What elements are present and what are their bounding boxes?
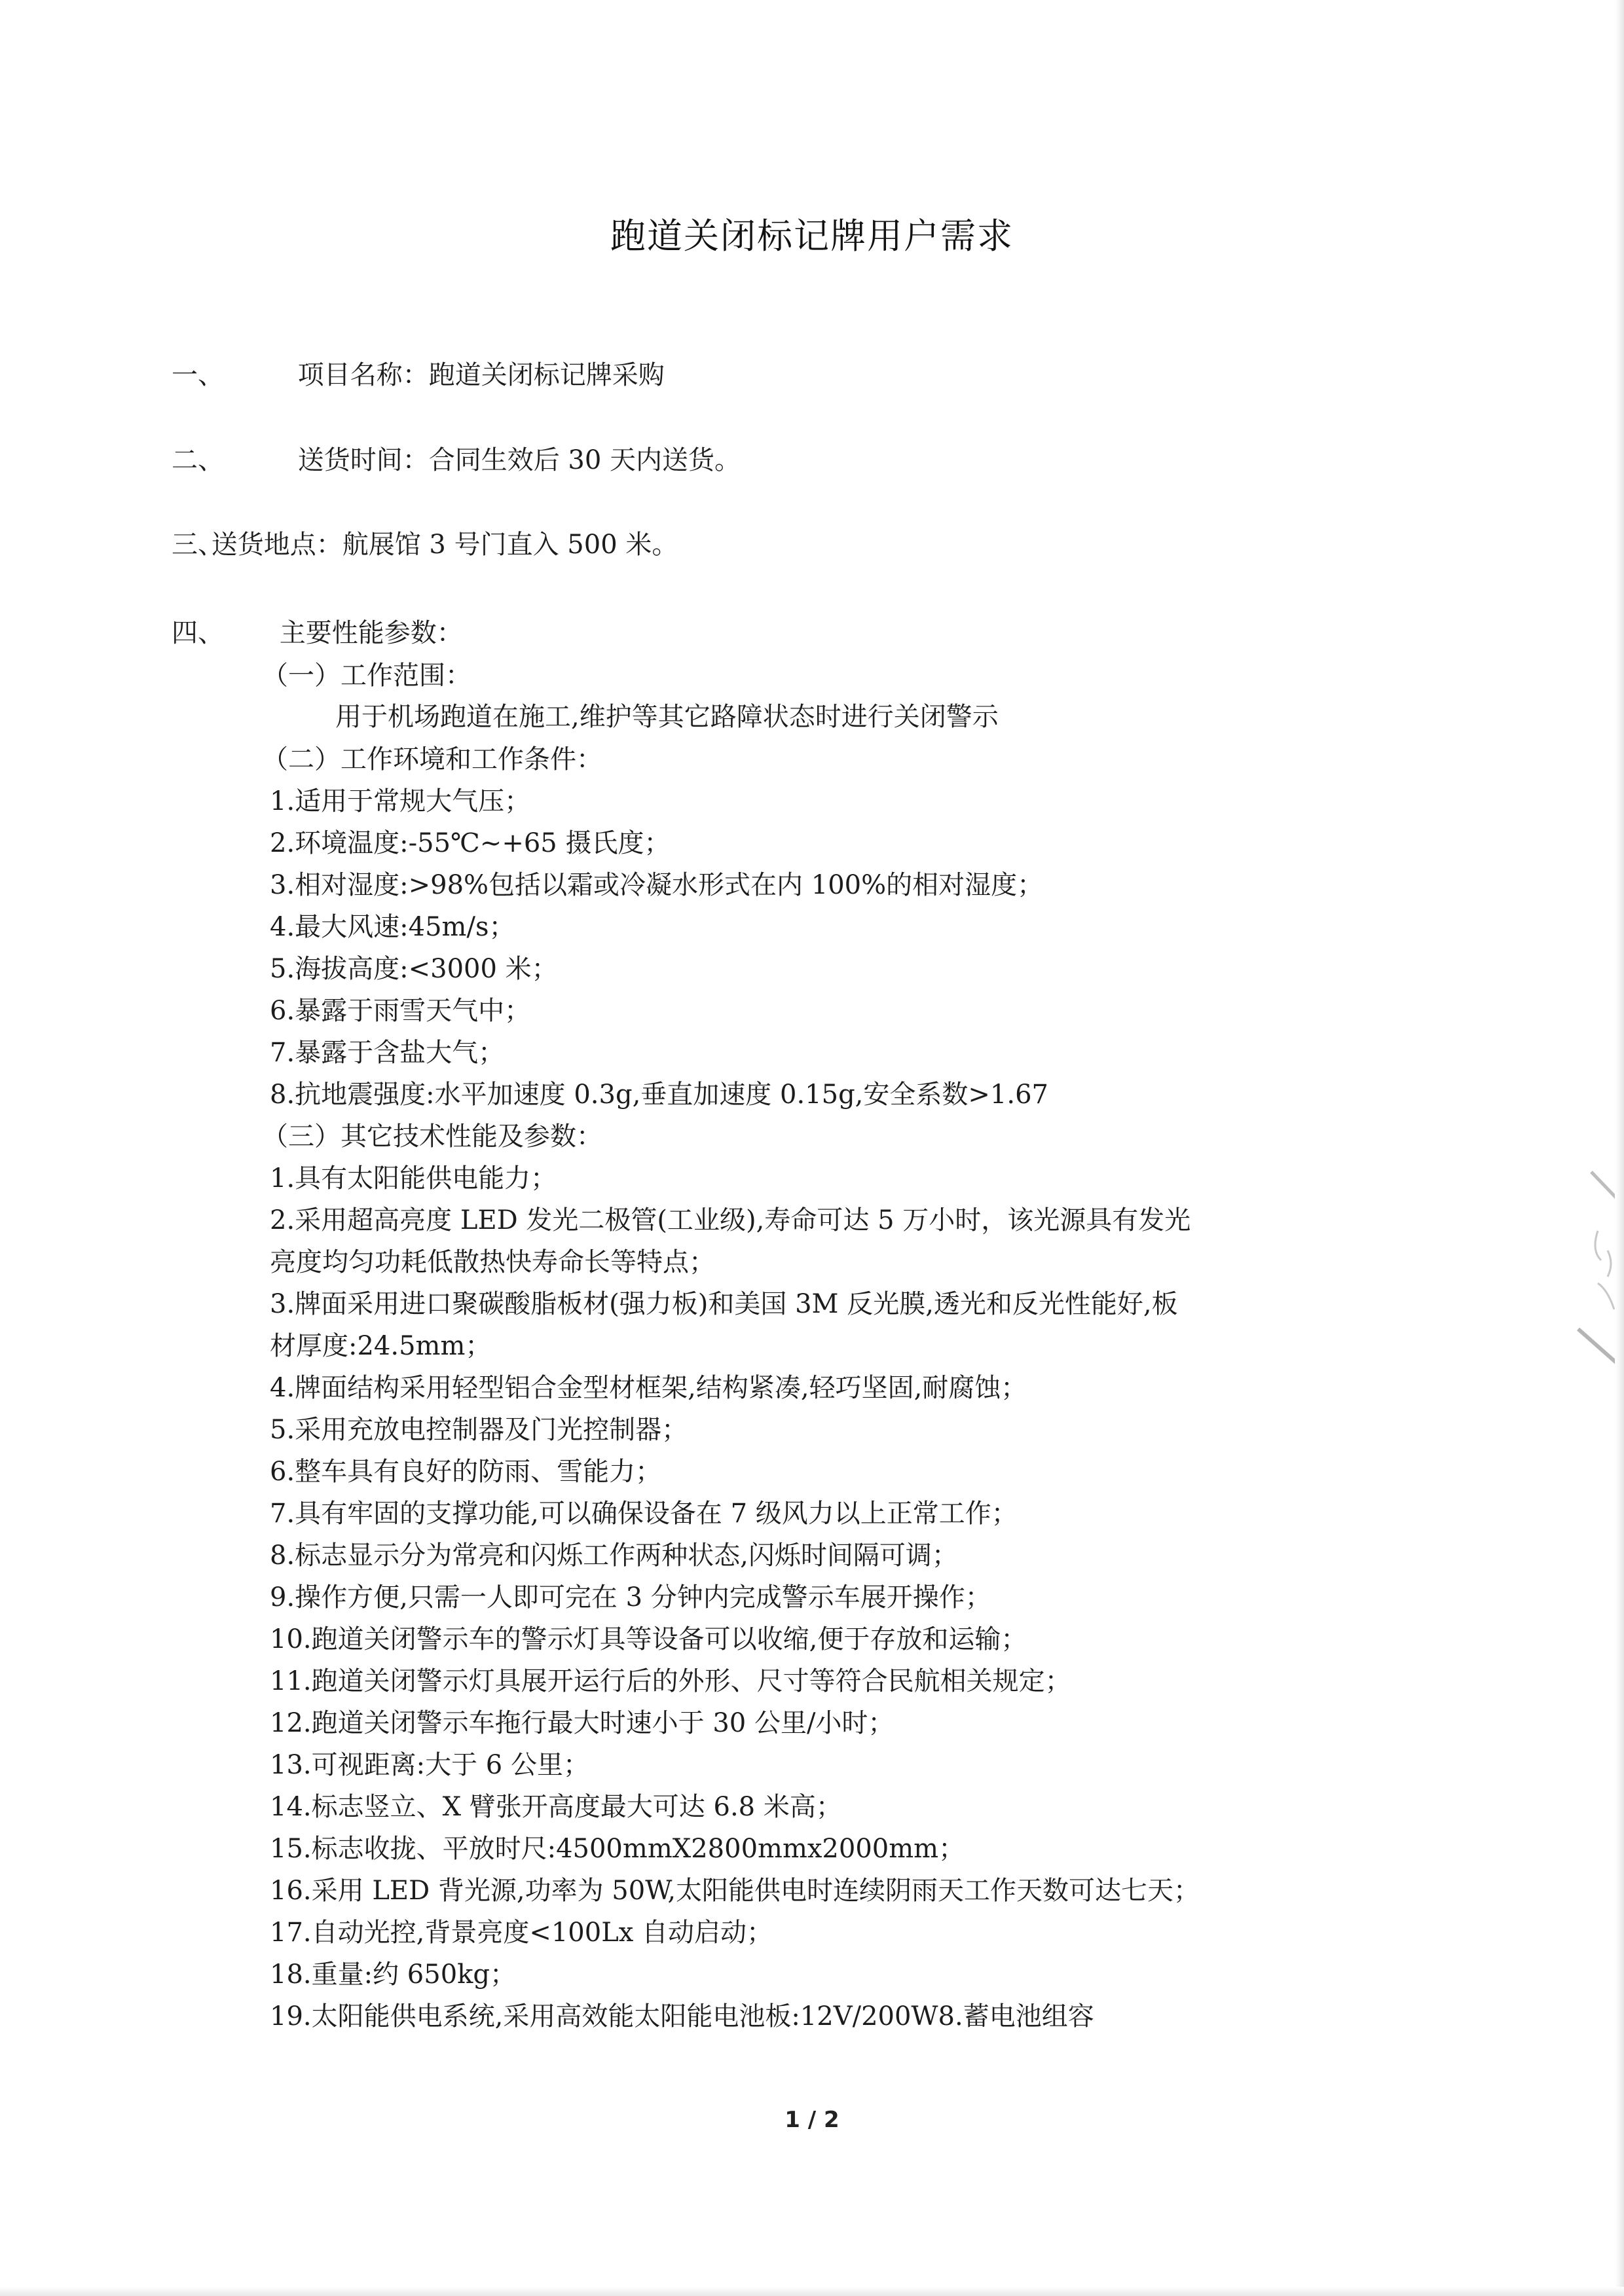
env-item-1: 1.适用于常规大气压； [270,788,530,814]
subsection-1-text: 用于机场跑道在施工,维护等其它路障状态时进行关闭警示 [335,704,999,730]
tech-line: 9.操作方便,只需一人即可完在 3 分钟内完成警示车展开操作； [270,1584,991,1611]
env-item-5: 5.海拔高度:<3000 米； [270,956,558,982]
document-page: 跑道关闭标记牌用户需求 一、 项目名称：跑道关闭标记牌采购 二、 送货时间：合同… [0,0,1624,2296]
env-item-8: 8.抗地震强度:水平加速度 0.3g,垂直加速度 0.15g,安全系数>1.67 [270,1082,1048,1108]
section-label: 项目名称：跑道关闭标记牌采购 [298,360,665,390]
tech-line: 6.整车具有良好的防雨、雪能力； [270,1459,661,1485]
tech-line: 8.标志显示分为常亮和闪烁工作两种状态,闪烁时间隔可调； [270,1542,958,1569]
env-item-2: 2.环境温度:-55℃~+65 摄氏度； [270,830,670,856]
subsection-2-heading: （二）工作环境和工作条件： [262,746,602,773]
scan-edge-right [1615,0,1624,2296]
env-item-4: 4.最大风速:45m/s； [270,914,515,940]
tech-line: 3.牌面采用进口聚碳酸脂板材(强力板)和美国 3M 反光膜,透光和反光性能好,板 [270,1291,1178,1317]
tech-line: 15.标志收拢、平放时尺:4500mmX2800mmx2000mm； [270,1836,965,1862]
section-label: 送货地点：航展馆 3 号门直入 500 米。 [212,530,678,560]
tech-line: 19.太阳能供电系统,采用高效能太阳能电池板:12V/200W8.蓄电池组容 [270,2003,1094,2030]
tech-line: 12.跑道关闭警示车拖行最大时速小于 30 公里/小时； [270,1710,894,1736]
tech-line: 4.牌面结构采用轻型铝合金型材框架,结构紧凑,轻巧坚固,耐腐蚀； [270,1375,1027,1401]
env-item-7: 7.暴露于含盐大气； [270,1040,504,1066]
env-item-6: 6.暴露于雨雪天气中； [270,998,530,1024]
section-number: 三、 [172,532,203,558]
env-item-3: 3.相对湿度:>98%包括以霜或冷凝水形式在内 100%的相对湿度； [270,872,1043,898]
tech-line: 亮度均匀功耗低散热快寿命长等特点； [270,1249,715,1275]
tech-line: 18.重量:约 650kg； [270,1961,516,1988]
tech-line: 10.跑道关闭警示车的警示灯具等设备可以收缩,便于存放和运输； [270,1626,1027,1652]
section-number: 四、 [172,620,271,646]
tech-line: 16.采用 LED 背光源,功率为 50W,太阳能供电时连续阴雨天工作天数可达七… [270,1878,1200,1904]
subsection-1-heading: （一）工作范围： [262,663,471,689]
tech-line: 材厚度:24.5mm； [270,1333,491,1359]
scan-edge-bottom [0,2287,1624,2296]
section-number: 二、 [172,447,289,473]
section-4: 四、 主要性能参数： [172,620,463,646]
tech-line: 5.采用充放电控制器及门光控制器； [270,1417,688,1443]
document-title: 跑道关闭标记牌用户需求 [0,208,1624,259]
section-label: 主要性能参数： [280,618,463,648]
tech-line: 2.采用超高亮度 LED 发光二极管(工业级),寿命可达 5 万小时，该光源具有… [270,1207,1190,1233]
tech-line: 14.标志竖立、X 臂张开高度最大可达 6.8 米高； [270,1794,842,1820]
section-label: 送货时间：合同生效后 30 天内送货。 [298,445,741,475]
tech-line: 1.具有太阳能供电能力； [270,1165,557,1192]
page-indicator: 1 / 2 [0,2107,1624,2133]
section-number: 一、 [172,362,289,388]
tech-line: 7.具有牢固的支撑功能,可以确保设备在 7 级风力以上正常工作； [270,1501,1018,1527]
tech-line: 11.跑道关闭警示灯具展开运行后的外形、尺寸等符合民航相关规定； [270,1668,1071,1694]
tech-line: 17.自动光控,背景亮度<100Lx 自动启动； [270,1920,773,1946]
tech-line: 13.可视距离:大于 6 公里； [270,1752,589,1778]
section-1: 一、 项目名称：跑道关闭标记牌采购 [172,362,665,388]
section-3: 三、 送货地点：航展馆 3 号门直入 500 米。 [172,532,678,558]
subsection-3-heading: （三）其它技术性能及参数： [262,1123,602,1150]
section-2: 二、 送货时间：合同生效后 30 天内送货。 [172,447,741,473]
